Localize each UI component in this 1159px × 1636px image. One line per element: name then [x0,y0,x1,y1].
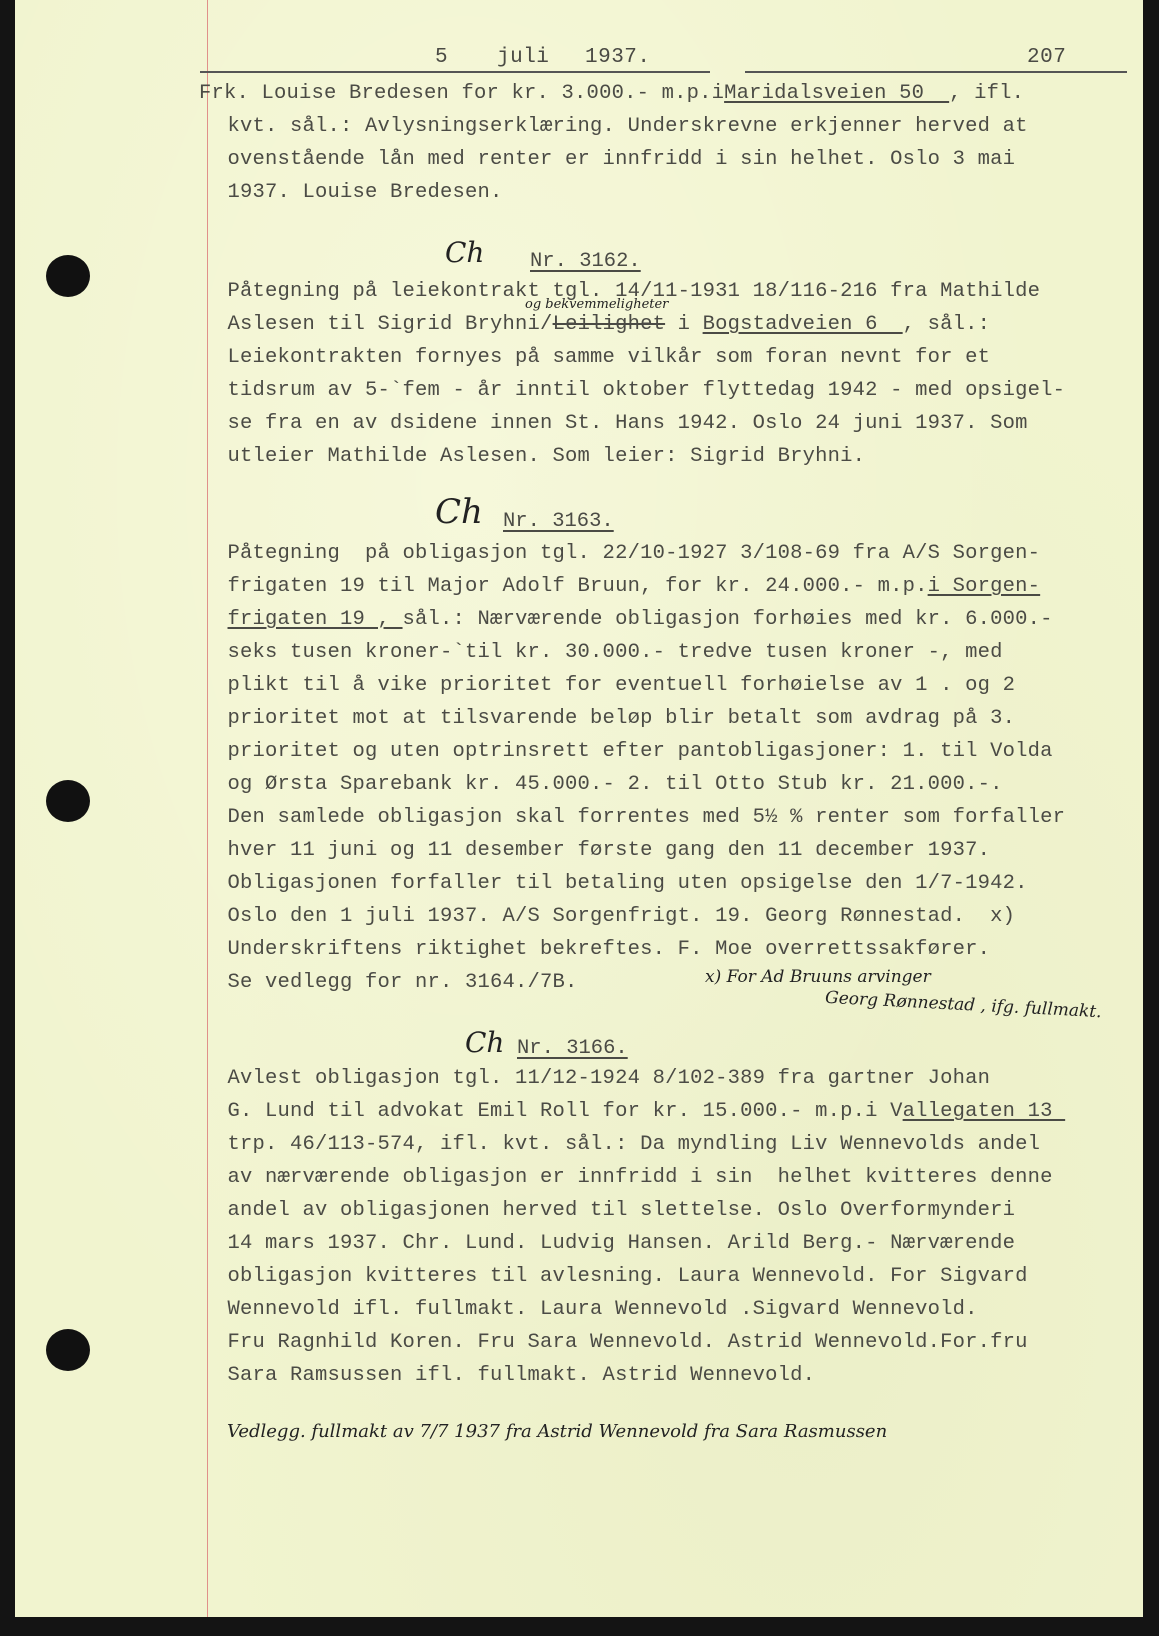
text-line: trp. 46/113-574, ifl. kvt. sål.: Da mynd… [215,1133,1040,1156]
document-page: 5 juli 1937. 207 Frk. Louise Bredesen fo… [15,0,1143,1617]
text-line: og Ørsta Sparebank kr. 45.000.- 2. til O… [215,773,1003,796]
text-line: 1937. Louise Bredesen. [215,181,503,204]
entry-number: Nr. 3166. [517,1037,628,1060]
text-line: plikt til å vike prioritet for eventuell… [215,674,1015,697]
page-number: 207 [1027,46,1066,69]
handwritten-initials: Ch [445,236,484,269]
text-line: Sara Ramsussen ifl. fullmakt. Astrid Wen… [215,1364,815,1387]
handwritten-note: x) For Ad Bruuns arvinger [705,967,931,987]
header-rule-left [200,71,710,73]
text-line: Fru Ragnhild Koren. Fru Sara Wennevold. … [215,1331,1028,1354]
text-line: frigaten 19 , sål.: Nærværende obligasjo… [215,608,1053,631]
header-day: 5 [435,46,448,69]
handwritten-initials: Ch [465,1026,504,1059]
header-year: 1937. [585,46,651,69]
text-line: Obligasjonen forfaller til betaling uten… [215,872,1028,895]
text-line: Se vedlegg for nr. 3164./7B. [215,971,578,994]
handwritten-note: Georg Rønnestad , ifg. fullmakt. [825,988,1102,1022]
text-line: Frk. Louise Bredesen for kr. 3.000.- m.p… [199,82,1024,105]
text-line: Påtegning på obligasjon tgl. 22/10-1927 … [215,542,1040,565]
red-margin-line [207,0,208,1617]
text-line: Wennevold ifl. fullmakt. Laura Wennevold… [215,1298,978,1321]
text-line: prioritet mot at tilsvarende beløp blir … [215,707,1015,730]
text-line: Underskriftens riktighet bekreftes. F. M… [215,938,990,961]
handwritten-initials: Ch [435,492,483,532]
text-line: G. Lund til advokat Emil Roll for kr. 15… [215,1100,1065,1123]
text-line: Avlest obligasjon tgl. 11/12-1924 8/102-… [215,1067,990,1090]
text-line: andel av obligasjonen herved til slettel… [215,1199,1015,1222]
punch-hole-icon [46,255,90,297]
text-line: ovenstående lån med renter er innfridd i… [215,148,1015,171]
text-line: Oslo den 1 juli 1937. A/S Sorgenfrigt. 1… [215,905,1015,928]
text-line: kvt. sål.: Avlysningserklæring. Underskr… [215,115,1028,138]
text-line: Aslesen til Sigrid Bryhni/Leilighet i Bo… [215,313,990,336]
punch-hole-icon [46,1329,90,1371]
text-line: seks tusen kroner-`til kr. 30.000.- tred… [215,641,1003,664]
punch-hole-icon [46,780,90,822]
entry-number: Nr. 3162. [530,250,641,273]
text-line: Leiekontrakten fornyes på samme vilkår s… [215,346,990,369]
text-line: Påtegning på leiekontrakt tgl. 14/11-193… [215,280,1040,303]
header-month: juli [497,46,549,69]
handwritten-footer-note: Vedlegg. fullmakt av 7/7 1937 fra Astrid… [227,1421,887,1442]
header-rule-right [745,71,1127,73]
text-line: tidsrum av 5-`fem - år inntil oktober fl… [215,379,1065,402]
text-line: obligasjon kvitteres til avlesning. Laur… [215,1265,1028,1288]
text-line: se fra en av dsidene innen St. Hans 1942… [215,412,1028,435]
text-line: av nærværende obligasjon er innfridd i s… [215,1166,1053,1189]
text-line: utleier Mathilde Aslesen. Som leier: Sig… [215,445,865,468]
text-line: hver 11 juni og 11 desember første gang … [215,839,990,862]
text-line: prioritet og uten optrinsrett efter pant… [215,740,1053,763]
entry-number: Nr. 3163. [503,510,614,533]
text-line: 14 mars 1937. Chr. Lund. Ludvig Hansen. … [215,1232,1015,1255]
text-line: Den samlede obligasjon skal forrentes me… [215,806,1065,829]
text-line: frigaten 19 til Major Adolf Bruun, for k… [215,575,1040,598]
